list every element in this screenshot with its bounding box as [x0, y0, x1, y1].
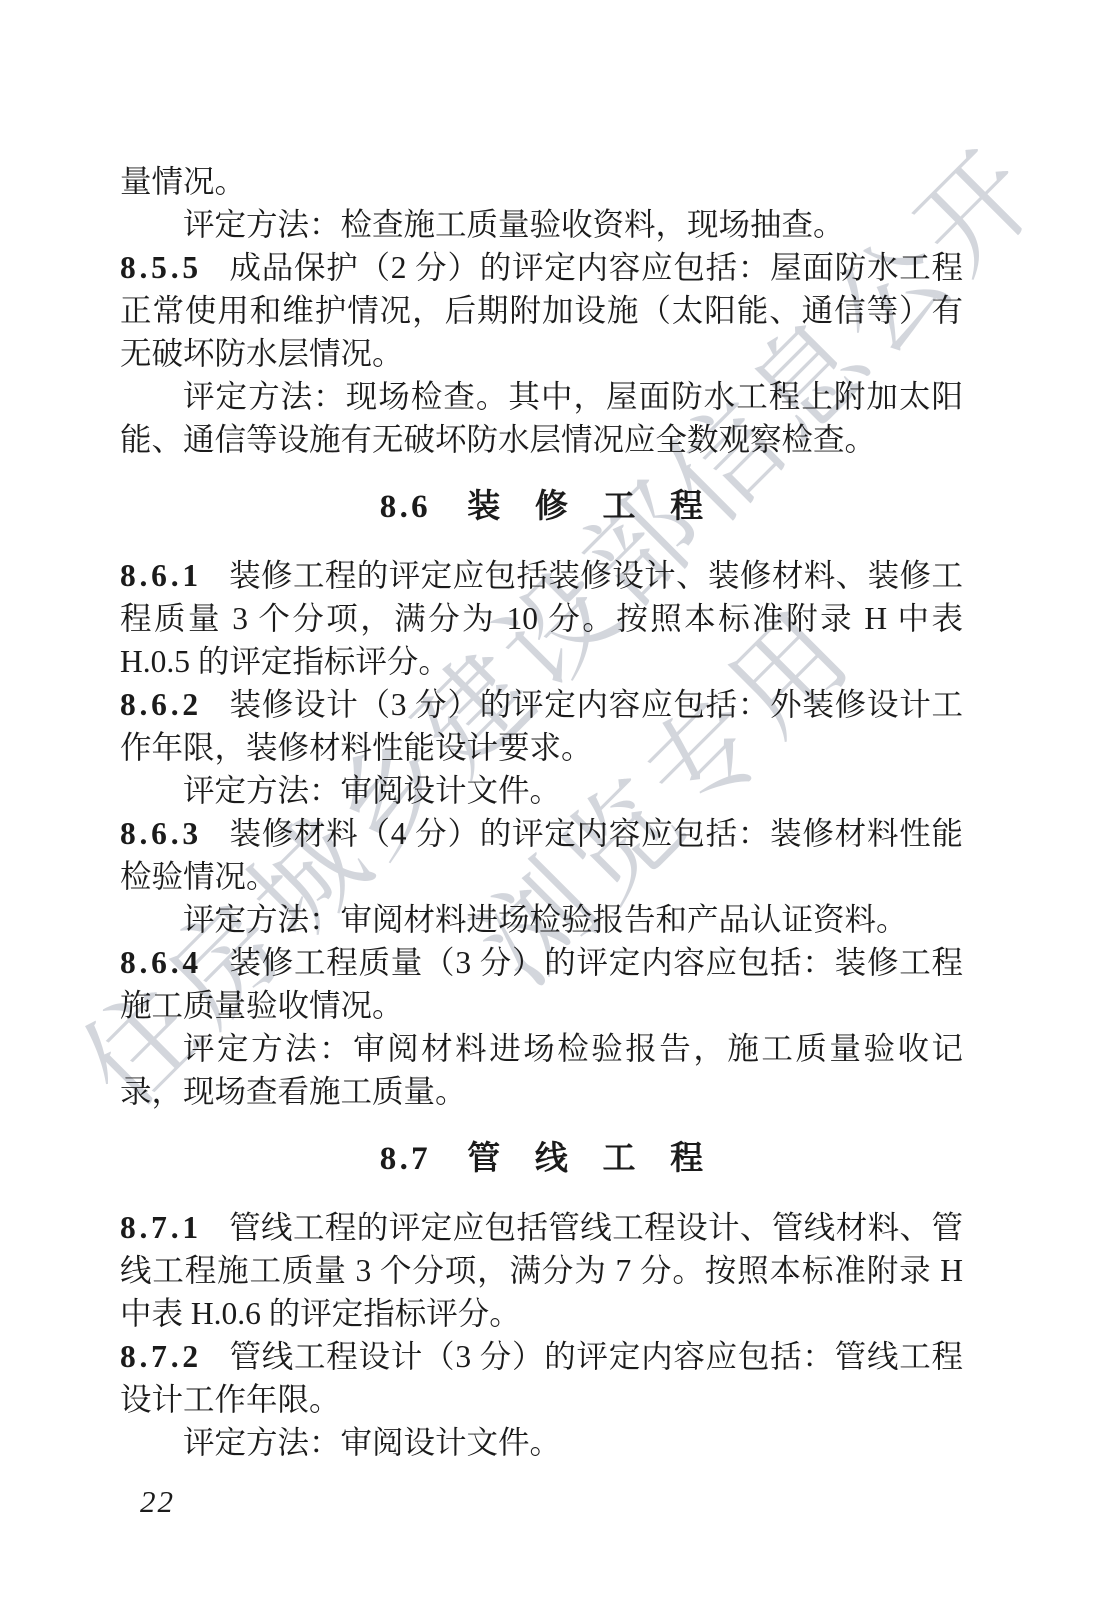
clause-text: 管线工程的评定应包括管线工程设计、管线材料、管线工程施工质量 3 个分项，满分为…	[120, 1210, 963, 1331]
document-body: 量情况。评定方法：检查施工质量验收资料，现场抽查。8.5.5成品保护（2 分）的…	[0, 0, 1103, 1464]
body-paragraph: 量情况。	[120, 160, 963, 203]
clause-paragraph: 8.6.3装修材料（4 分）的评定内容应包括：装修材料性能检验情况。	[120, 812, 963, 898]
clause-paragraph: 8.7.2管线工程设计（3 分）的评定内容应包括：管线工程设计工作年限。	[120, 1335, 963, 1421]
section-heading: 8.6装修工程	[120, 486, 963, 529]
section-number: 8.6	[380, 489, 431, 525]
method-paragraph: 评定方法：审阅材料进场检验报告和产品认证资料。	[120, 898, 963, 941]
section-heading: 8.7管线工程	[120, 1138, 963, 1181]
clause-number: 8.6.4	[120, 945, 202, 980]
section-number: 8.7	[380, 1141, 431, 1177]
clause-paragraph: 8.6.4装修工程质量（3 分）的评定内容应包括：装修工程施工质量验收情况。	[120, 941, 963, 1027]
document-page: 住房城乡建设部信息公开 浏览专用 量情况。评定方法：检查施工质量验收资料，现场抽…	[0, 0, 1103, 1598]
section-title: 装修工程	[467, 489, 738, 525]
clause-number: 8.6.1	[120, 558, 202, 593]
method-paragraph: 评定方法：审阅设计文件。	[120, 769, 963, 812]
page-number: 22	[140, 1484, 175, 1520]
clause-text: 装修工程质量（3 分）的评定内容应包括：装修工程施工质量验收情况。	[120, 945, 963, 1023]
clause-number: 8.5.5	[120, 250, 202, 285]
method-paragraph: 评定方法：审阅材料进场检验报告，施工质量验收记录，现场查看施工质量。	[120, 1027, 963, 1113]
clause-text: 装修材料（4 分）的评定内容应包括：装修材料性能检验情况。	[120, 816, 963, 894]
method-paragraph: 评定方法：审阅设计文件。	[120, 1421, 963, 1464]
method-paragraph: 评定方法：检查施工质量验收资料，现场抽查。	[120, 203, 963, 246]
clause-text: 成品保护（2 分）的评定内容应包括：屋面防水工程正常使用和维护情况，后期附加设施…	[120, 250, 963, 371]
clause-number: 8.7.2	[120, 1339, 202, 1374]
clause-paragraph: 8.6.2装修设计（3 分）的评定内容应包括：外装修设计工作年限，装修材料性能设…	[120, 683, 963, 769]
clause-text: 管线工程设计（3 分）的评定内容应包括：管线工程设计工作年限。	[120, 1339, 963, 1417]
method-paragraph: 评定方法：现场检查。其中，屋面防水工程上附加太阳能、通信等设施有无破坏防水层情况…	[120, 375, 963, 461]
clause-text: 装修工程的评定应包括装修设计、装修材料、装修工程质量 3 个分项，满分为 10 …	[120, 558, 963, 679]
clause-number: 8.7.1	[120, 1210, 202, 1245]
clause-number: 8.6.2	[120, 687, 202, 722]
clause-text: 装修设计（3 分）的评定内容应包括：外装修设计工作年限，装修材料性能设计要求。	[120, 687, 963, 765]
section-title: 管线工程	[467, 1141, 738, 1177]
clause-paragraph: 8.6.1装修工程的评定应包括装修设计、装修材料、装修工程质量 3 个分项，满分…	[120, 554, 963, 683]
clause-number: 8.6.3	[120, 816, 202, 851]
clause-paragraph: 8.7.1管线工程的评定应包括管线工程设计、管线材料、管线工程施工质量 3 个分…	[120, 1206, 963, 1335]
clause-paragraph: 8.5.5成品保护（2 分）的评定内容应包括：屋面防水工程正常使用和维护情况，后…	[120, 246, 963, 375]
